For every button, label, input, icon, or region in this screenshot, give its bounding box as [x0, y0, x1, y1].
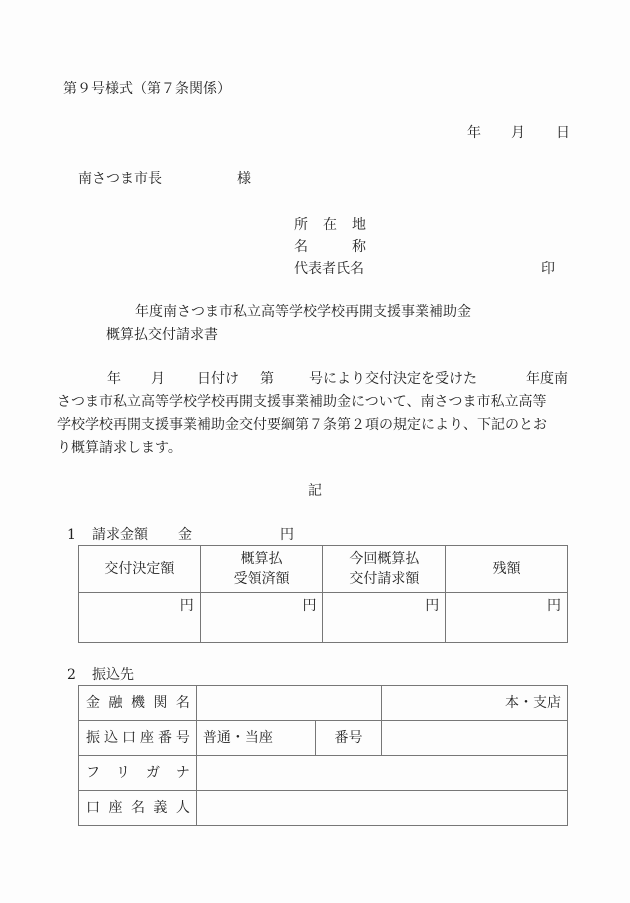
section1-number: 1 — [67, 528, 76, 542]
date-year: 年 — [467, 126, 481, 140]
section2-number: 2 — [67, 668, 76, 682]
account-holder-label: 口 座 名 義 人 — [79, 791, 197, 826]
account-type-options: 普通・当座 — [203, 730, 273, 746]
account-number-field[interactable] — [382, 721, 568, 756]
received-amount-field[interactable]: 円 — [200, 593, 323, 643]
transfer-destination-table: 金 融 機 関 名 本・支店 振 込 口 座 番 号 普通・当座 番号 — [78, 685, 568, 826]
body-line3: 学校学校再開支援事業補助金交付要綱第７条第２項の規定により、下記のとお — [57, 418, 547, 432]
account-number-label: 振 込 口 座 番 号 — [79, 721, 197, 756]
table-row-bank: 金 融 機 関 名 本・支店 — [79, 686, 568, 721]
section2-label: 振込先 — [92, 668, 134, 682]
header-current-request: 今回概算払 交付請求額 — [323, 546, 446, 593]
address-label: 所 在 地 — [294, 218, 366, 232]
furigana-label: フ リ ガ ナ — [79, 756, 197, 791]
date-month: 月 — [511, 126, 525, 140]
form-number: 第９号様式（第７条関係） — [63, 82, 231, 96]
representative-label: 代表者氏名 — [294, 262, 364, 276]
table-row-furigana: フ リ ガ ナ — [79, 756, 568, 791]
name-label-char: 称 — [352, 240, 366, 254]
body-line1: 年 月 日付け 第 号により交付決定を受けた 年度南 — [57, 372, 579, 388]
balance-amount-field[interactable]: 円 — [446, 593, 568, 643]
section1-kin: 金 — [178, 528, 192, 542]
address-label-char: 在 — [323, 218, 337, 232]
body-nendo: 年度南 — [526, 372, 568, 386]
table-header-row: 交付決定額 概算払 受領済額 今回概算払 交付請求額 残額 — [79, 546, 568, 593]
section1-label: 請求金額 — [92, 528, 148, 542]
body-line4: り概算請求します。 — [57, 441, 182, 455]
title-line2: 概算払交付請求書 — [106, 328, 218, 342]
name-label: 名 称 — [294, 240, 366, 254]
date-day: 日 — [556, 126, 570, 140]
body-dai: 第 — [260, 372, 274, 386]
body-year: 年 — [107, 372, 121, 386]
addressee-name: 南さつま市長 — [78, 172, 162, 186]
request-amount-table: 交付決定額 概算払 受領済額 今回概算払 交付請求額 残額 円 円 円 円 — [78, 545, 568, 643]
header-balance: 残額 — [446, 546, 568, 593]
branch-suffix: 本・支店 — [505, 695, 561, 711]
account-holder-field[interactable] — [196, 791, 567, 826]
section1-yen: 円 — [280, 528, 294, 542]
furigana-field[interactable] — [196, 756, 567, 791]
body-line2: さつま市私立高等学校学校再開支援事業補助金について、南さつま市私立高等 — [57, 395, 546, 409]
table-row: 円 円 円 円 — [79, 593, 568, 643]
seal-mark: 印 — [541, 262, 555, 276]
body-go: 号により交付決定を受けた — [309, 372, 477, 386]
header-grant-decision: 交付決定額 — [79, 546, 201, 593]
table-row-account: 振 込 口 座 番 号 普通・当座 番号 — [79, 721, 568, 756]
number-label: 番号 — [315, 721, 382, 756]
bank-name-field[interactable] — [196, 686, 382, 721]
ki-heading: 記 — [308, 484, 322, 498]
name-label-char: 名 — [294, 240, 308, 254]
address-label-char: 地 — [352, 218, 366, 232]
branch-field[interactable]: 本・支店 — [382, 686, 568, 721]
grant-decision-amount-field[interactable]: 円 — [79, 593, 201, 643]
title-line1: 年度南さつま市私立高等学校学校再開支援事業補助金 — [135, 305, 471, 319]
address-label-char: 所 — [294, 218, 308, 232]
bank-name-label: 金 融 機 関 名 — [79, 686, 197, 721]
body-day: 日付け — [197, 372, 239, 386]
current-request-amount-field[interactable]: 円 — [323, 593, 446, 643]
account-type-field[interactable]: 普通・当座 — [196, 721, 315, 756]
body-month: 月 — [151, 372, 165, 386]
addressee-honorific: 様 — [237, 172, 251, 186]
header-received: 概算払 受領済額 — [200, 546, 323, 593]
table-row-holder: 口 座 名 義 人 — [79, 791, 568, 826]
